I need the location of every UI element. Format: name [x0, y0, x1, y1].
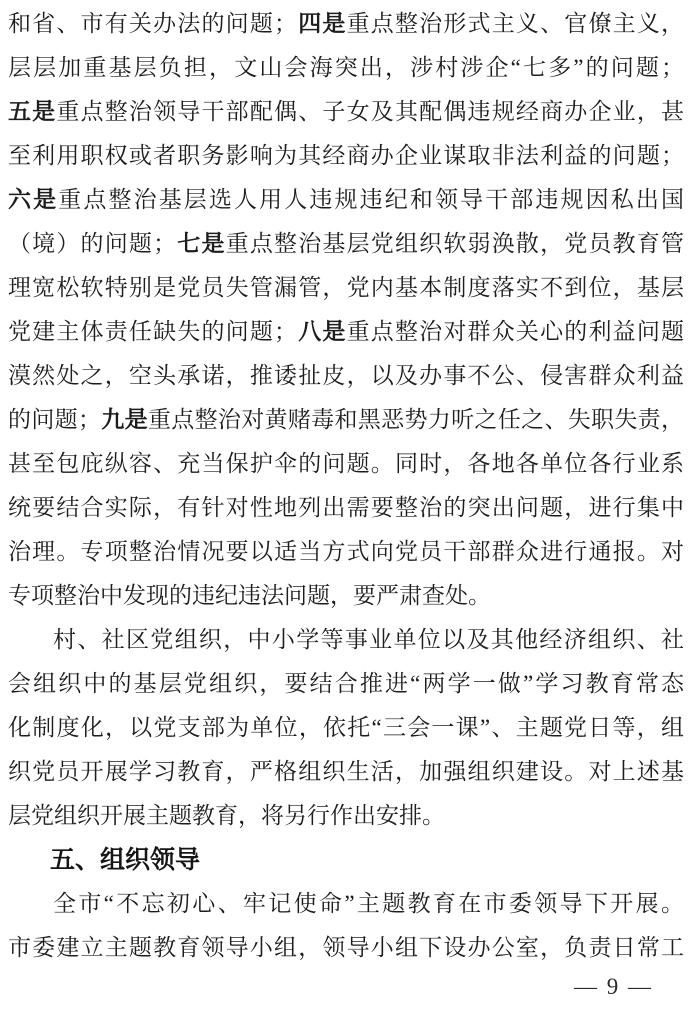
text-run: 和省、市有关办法的问题； — [8, 11, 297, 36]
text-run: 至利用职权或者职务影响为其经商办企业谋取非法利益的问题； — [8, 143, 684, 168]
text-run-bold: 六是 — [8, 187, 58, 212]
document-line: 村、社区党组织，中小学等事业单位以及其他经济组织、社 — [8, 618, 684, 662]
document-line: 五是重点整治领导干部配偶、子女及其配偶违规经商办企业，甚 — [8, 90, 684, 134]
document-line: 会组织中的基层党组织，要结合推进“两学一做”学习教育常态 — [8, 662, 684, 706]
text-run-bold: 四是 — [297, 11, 347, 36]
text-run: 漠然处之，空头承诺，推诿扯皮，以及办事不公、侵害群众利益 — [8, 363, 684, 388]
document-line: 至利用职权或者职务影响为其经商办企业谋取非法利益的问题； — [8, 134, 684, 178]
text-run: 会组织中的基层党组织，要结合推进“两学一做”学习教育常态 — [8, 671, 684, 696]
document-line: 六是重点整治基层选人用人违规违纪和领导干部违规因私出国 — [8, 178, 684, 222]
text-run: 重点整治领导干部配偶、子女及其配偶违规经商办企业，甚 — [56, 99, 684, 124]
text-run: 重点整治形式主义、官僚主义， — [347, 11, 684, 36]
document-line: 的问题；九是重点整治对黄赌毒和黑恶势力听之任之、失职失责， — [8, 398, 684, 442]
text-run: 重点整治基层选人用人违规违纪和领导干部违规因私出国 — [58, 187, 684, 212]
text-run: 的问题； — [8, 407, 101, 432]
text-run: 化制度化，以党支部为单位，依托“三会一课”、主题党日等，组 — [8, 715, 684, 740]
text-run: 重点整治基层党组织软弱涣散，党员教育管 — [226, 231, 684, 256]
text-run-bold: 七是 — [176, 231, 226, 256]
document-line: 全市“不忘初心、牢记使命”主题教育在市委领导下开展。 — [8, 882, 684, 926]
text-run: 层层加重基层负担，文山会海突出，涉村涉企“七多”的问题； — [8, 55, 684, 80]
text-run: 重点整治对黄赌毒和黑恶势力听之任之、失职失责， — [148, 407, 684, 432]
text-run-bold: 九是 — [101, 407, 148, 432]
document-line: 甚至包庇纵容、充当保护伞的问题。同时，各地各单位各行业系 — [8, 442, 684, 486]
document-line: 化制度化，以党支部为单位，依托“三会一课”、主题党日等，组 — [8, 706, 684, 750]
document-body: 和省、市有关办法的问题；四是重点整治形式主义、官僚主义， 层层加重基层负担，文山… — [8, 2, 684, 970]
text-run: 治理。专项整治情况要以适当方式向党员干部群众进行通报。对 — [8, 539, 684, 564]
document-line: 理宽松软特别是党员失管漏管，党内基本制度落实不到位，基层 — [8, 266, 684, 310]
text-run: 全市“不忘初心、牢记使命”主题教育在市委领导下开展。 — [53, 891, 684, 916]
text-run: 织党员开展学习教育，严格组织生活，加强组织建设。对上述基 — [8, 759, 684, 784]
text-run-bold: 五是 — [8, 99, 56, 124]
text-run: 重点整治对群众关心的利益问题 — [347, 319, 684, 344]
document-line: 市委建立主题教育领导小组，领导小组下设办公室，负责日常工 — [8, 926, 684, 970]
text-run: 专项整治中发现的违纪违法问题，要严肃查处。 — [8, 583, 491, 608]
text-run: 甚至包庇纵容、充当保护伞的问题。同时，各地各单位各行业系 — [8, 451, 684, 476]
text-run: （境）的问题； — [8, 231, 176, 256]
document-line: 统要结合实际，有针对性地列出需要整治的突出问题，进行集中 — [8, 486, 684, 530]
text-run: 村、社区党组织，中小学等事业单位以及其他经济组织、社 — [53, 627, 684, 652]
document-line: 专项整治中发现的违纪违法问题，要严肃查处。 — [8, 574, 684, 618]
text-run: 理宽松软特别是党员失管漏管，党内基本制度落实不到位，基层 — [8, 275, 684, 300]
text-run: 市委建立主题教育领导小组，领导小组下设办公室，负责日常工 — [8, 935, 684, 960]
document-page: { "page": { "background": "#ffffff", "te… — [0, 0, 689, 1019]
document-line: （境）的问题；七是重点整治基层党组织软弱涣散，党员教育管 — [8, 222, 684, 266]
document-line: 层党组织开展主题教育，将另行作出安排。 — [8, 794, 684, 838]
document-line: 治理。专项整治情况要以适当方式向党员干部群众进行通报。对 — [8, 530, 684, 574]
document-line: 漠然处之，空头承诺，推诿扯皮，以及办事不公、侵害群众利益 — [8, 354, 684, 398]
text-run: 层党组织开展主题教育，将另行作出安排。 — [8, 803, 445, 828]
document-line: 织党员开展学习教育，严格组织生活，加强组织建设。对上述基 — [8, 750, 684, 794]
text-run-bold: 八是 — [297, 319, 347, 344]
page-number: — 9 — — [574, 972, 653, 1002]
document-line: 层层加重基层负担，文山会海突出，涉村涉企“七多”的问题； — [8, 46, 684, 90]
text-run: 党建主体责任缺失的问题； — [8, 319, 297, 344]
document-line: 和省、市有关办法的问题；四是重点整治形式主义、官僚主义， — [8, 2, 684, 46]
document-line: 党建主体责任缺失的问题；八是重点整治对群众关心的利益问题 — [8, 310, 684, 354]
text-run: 统要结合实际，有针对性地列出需要整治的突出问题，进行集中 — [8, 495, 684, 520]
section-heading: 五、组织领导 — [8, 838, 684, 882]
heading-text: 五、组织领导 — [50, 846, 200, 874]
